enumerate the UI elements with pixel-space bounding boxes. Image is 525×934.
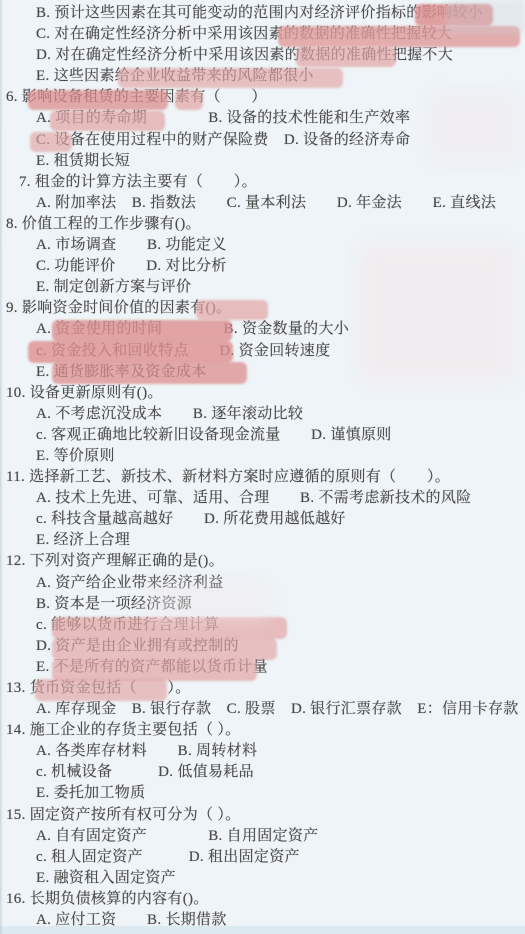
question-line: 12. 下列对资产理解正确的是()。	[0, 551, 525, 572]
option-line: C. 功能评价 D. 对比分析	[0, 256, 525, 277]
question-line: 10. 设备更新原则有()。	[0, 383, 525, 404]
option-line: A. 资金使用的时间 B. 资金数量的大小	[0, 319, 525, 340]
question-line: 6. 影响设备租赁的主要因素有（ ）	[0, 87, 525, 108]
option-line: c. 能够以货币进行合理计算	[0, 615, 525, 636]
option-line: A. 资产给企业带来经济利益	[0, 573, 525, 594]
option-line: A. 技术上先进、可靠、适用、合理 B. 不需考虑新技术的风险	[0, 488, 525, 509]
option-line: A. 不考虑沉没成本 B. 逐年滚动比较	[0, 404, 525, 425]
option-line: c. 资金投入和回收特点 D. 资金回转速度	[0, 341, 525, 362]
option-line: A. 库存现金 B. 银行存款 C. 股票 D. 银行汇票存款 E：信用卡存款	[0, 699, 525, 720]
scanned-exam-page: B. 预计这些因素在其可能变动的范围内对经济评价指标的影响较小C. 对在确定性经…	[0, 0, 525, 934]
option-line: E. 这些因素给企业收益带来的风险都很小	[0, 66, 525, 87]
option-line: c. 机械设备 D. 低值易耗品	[0, 762, 525, 783]
option-line: c. 科技含量越高越好 D. 所花费用越低越好	[0, 509, 525, 530]
option-line: D. 资产是由企业拥有或控制的	[0, 636, 525, 657]
question-line: 7. 租金的计算方法主要有（ ）。	[0, 172, 525, 193]
option-line: E. 制定创新方案与评价	[0, 277, 525, 298]
option-line: C. 对在确定性经济分析中采用该因素的数据的准确性把握较大	[0, 24, 525, 45]
option-line: c. 客观正确地比较新旧设备现金流量 D. 谨慎原则	[0, 425, 525, 446]
option-line: E. 经济上合理	[0, 530, 525, 551]
option-line: E. 融资租入固定资产	[0, 868, 525, 889]
exam-question-list: B. 预计这些因素在其可能变动的范围内对经济评价指标的影响较小C. 对在确定性经…	[0, 3, 525, 931]
option-line: E. 委托加工物质	[0, 783, 525, 804]
question-line: 13. 货币资金包括（ ）。	[0, 678, 525, 699]
option-line: A. 附加率法 B. 指数法 C. 量本利法 D. 年金法 E. 直线法	[0, 193, 525, 214]
option-line: E. 租赁期长短	[0, 151, 525, 172]
question-line: 16. 长期负债核算的内容有()。	[0, 889, 525, 910]
option-line: A. 项目的寿命期 B. 设备的技术性能和生产效率	[0, 108, 525, 129]
option-line: c. 租人固定资产 D. 租出固定资产	[0, 847, 525, 868]
option-line: B. 资本是一项经济资源	[0, 594, 525, 615]
option-line: C. 设备在使用过程中的财产保险费 D. 设备的经济寿命	[0, 130, 525, 151]
question-line: 9. 影响资金时间价值的因素有()。	[0, 298, 525, 319]
option-line: A. 各类库存材料 B. 周转材料	[0, 741, 525, 762]
option-line: D. 对在确定性经济分析中采用该因素的数据的准确性把握不大	[0, 45, 525, 66]
question-line: 11. 选择新工艺、新技术、新材料方案时应遵循的原则有（ ）。	[0, 467, 525, 488]
option-line: E. 通货膨胀率及资金成本	[0, 362, 525, 383]
option-line: B. 预计这些因素在其可能变动的范围内对经济评价指标的影响较小	[0, 3, 525, 24]
question-line: 8. 价值工程的工作步骤有()。	[0, 214, 525, 235]
option-line: A. 市场调查 B. 功能定义	[0, 235, 525, 256]
question-line: 15. 固定资产按所有权可分为（ ）。	[0, 805, 525, 826]
option-line: E. 不是所有的资产都能以货币计量	[0, 657, 525, 678]
option-line: A. 自有固定资产 B. 自用固定资产	[0, 826, 525, 847]
question-line: 14. 施工企业的存货主要包括（ ）。	[0, 720, 525, 741]
page-bottom-strip	[0, 926, 525, 934]
option-line: E. 等价原则	[0, 446, 525, 467]
